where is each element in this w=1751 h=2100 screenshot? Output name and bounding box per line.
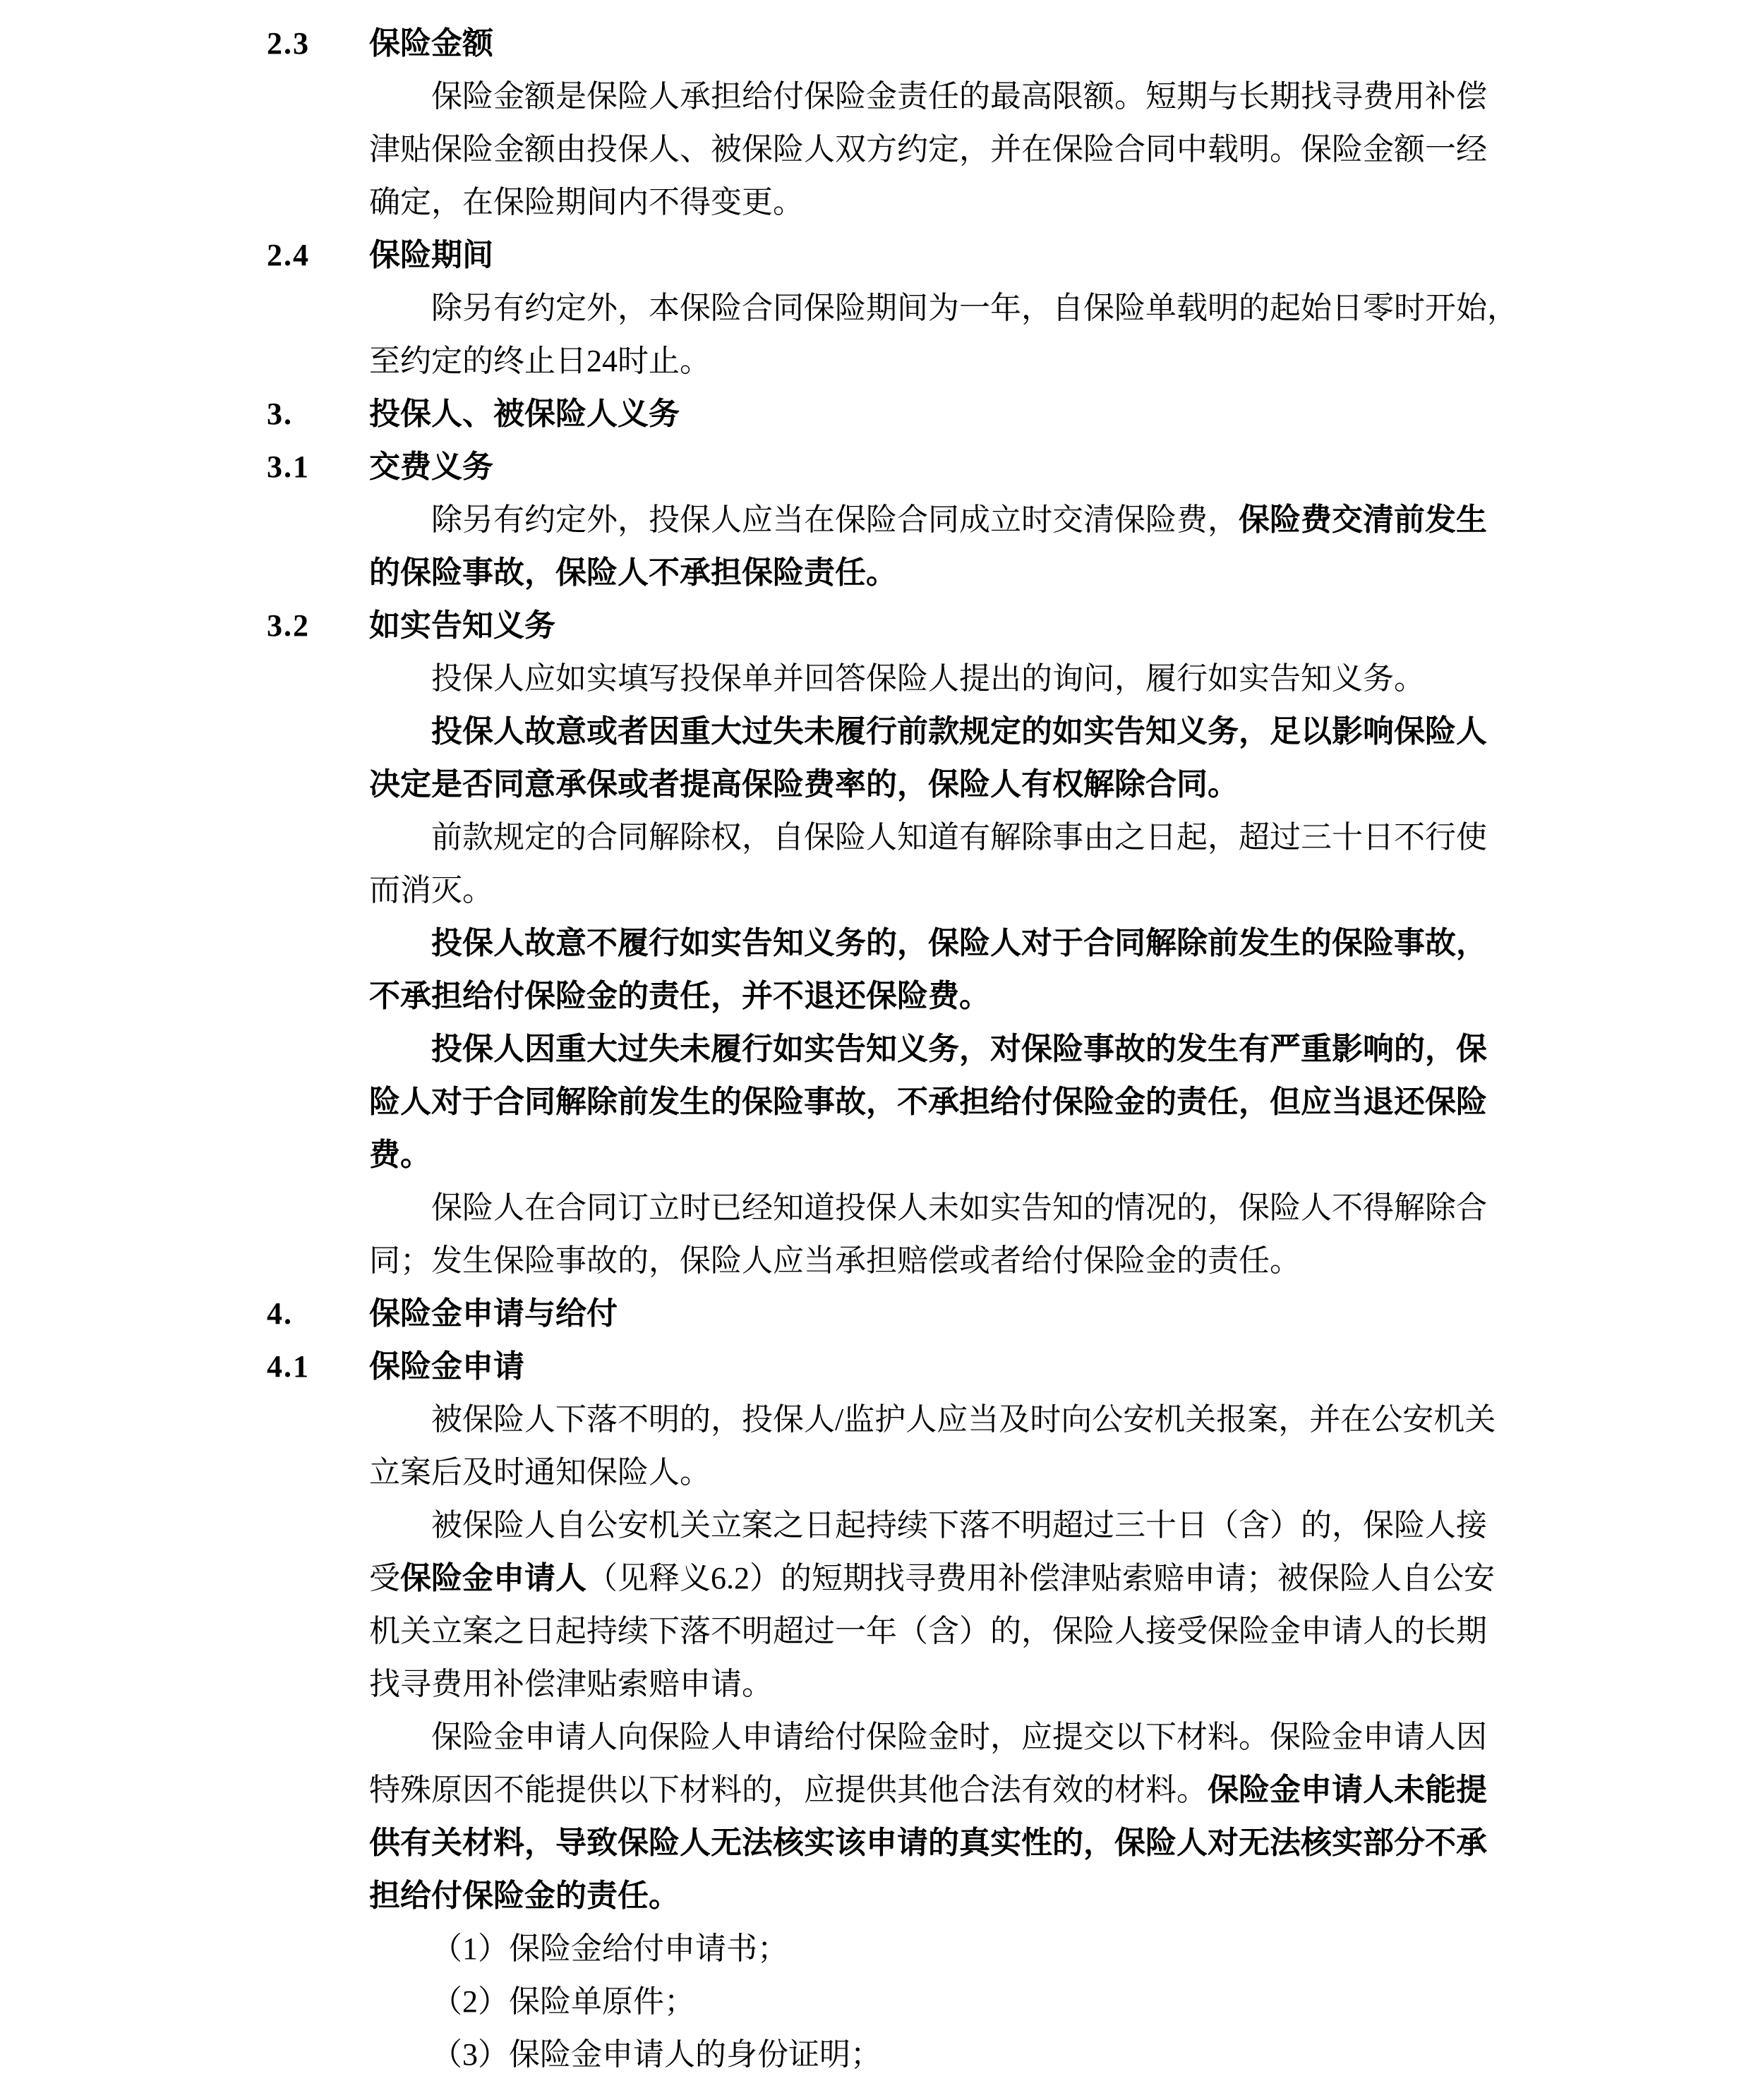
heading-title: 保险金额 — [369, 26, 493, 61]
heading-number: 2.4 — [267, 229, 310, 282]
text-run: 至约定的终止日24时止。 — [369, 344, 711, 378]
text-line: 不承担给付保险金的责任，并不退还保险费。 — [0, 970, 1751, 1022]
text-run: 除另有约定外，投保人应当在保险合同成立时交清保险费， — [431, 502, 1239, 537]
text-run: 投保人应如实填写投保单并回答保险人提出的询问，履行如实告知义务。 — [431, 661, 1425, 696]
text-line: 决定是否同意承保或者提高保险费率的，保险人有权解除合同。 — [0, 758, 1751, 811]
text-line: 至约定的终止日24时止。 — [0, 334, 1751, 387]
text-run: 保险金申请人 — [400, 1561, 586, 1595]
text-line: 担给付保险金的责任。 — [0, 1869, 1751, 1922]
text-run: 保险金申请人未能提 — [1208, 1773, 1487, 1807]
text-line: （3）保险金申请人的身份证明； — [0, 2028, 1751, 2081]
heading-title: 保险期间 — [369, 238, 493, 272]
text-line: 受保险金申请人（见释义6.2）的短期找寻费用补偿津贴索赔申请；被保险人自公安 — [0, 1552, 1751, 1605]
text-run: （见释义6.2）的短期找寻费用补偿津贴索赔申请；被保险人自公安 — [586, 1561, 1495, 1595]
text-line: 的保险事故，保险人不承担保险责任。 — [0, 546, 1751, 599]
text-run: 投保人因重大过失未履行如实告知义务，对保险事故的发生有严重影响的，保 — [431, 1032, 1487, 1066]
text-run: 特殊原因不能提供以下材料的，应提供其他合法有效的材料。 — [369, 1773, 1208, 1807]
heading-number: 2.3 — [267, 17, 310, 70]
text-line: 投保人应如实填写投保单并回答保险人提出的询问，履行如实告知义务。 — [0, 652, 1751, 705]
text-run: （1）保险金给付申请书； — [431, 1931, 788, 1966]
section-heading: 2.3保险金额 — [0, 17, 1751, 70]
text-line: 除另有约定外，投保人应当在保险合同成立时交清保险费，保险费交清前发生 — [0, 493, 1751, 546]
text-line: 投保人故意不履行如实告知义务的，保险人对于合同解除前发生的保险事故， — [0, 917, 1751, 970]
text-run: 保险费交清前发生 — [1239, 502, 1487, 537]
text-run: 险人对于合同解除前发生的保险事故，不承担给付保险金的责任，但应当退还保险 — [369, 1085, 1487, 1119]
text-run: 确定，在保险期间内不得变更。 — [369, 185, 804, 219]
section-heading: 3.2如实告知义务 — [0, 599, 1751, 652]
text-line: 特殊原因不能提供以下材料的，应提供其他合法有效的材料。保险金申请人未能提 — [0, 1763, 1751, 1816]
heading-title: 交费义务 — [369, 449, 493, 484]
text-run: 除另有约定外，本保险合同保险期间为一年，自保险单载明的起始日零时开始， — [431, 291, 1518, 325]
text-run: 投保人故意或者因重大过失未履行前款规定的如实告知义务，足以影响保险人 — [431, 714, 1487, 749]
text-run: 受 — [369, 1561, 400, 1595]
text-run: 找寻费用补偿津贴索赔申请。 — [369, 1667, 773, 1701]
heading-number: 3.2 — [267, 599, 310, 652]
section-heading: 4.保险金申请与给付 — [0, 1287, 1751, 1340]
text-line: 立案后及时通知保险人。 — [0, 1446, 1751, 1499]
section-heading: 3.1交费义务 — [0, 440, 1751, 493]
heading-title: 投保人、被保险人义务 — [369, 397, 680, 431]
text-run: 担给付保险金的责任。 — [369, 1878, 680, 1913]
text-run: 被保险人自公安机关立案之日起持续下落不明超过三十日（含）的，保险人接 — [431, 1508, 1487, 1543]
heading-number: 3.1 — [267, 440, 310, 493]
text-line: 投保人因重大过失未履行如实告知义务，对保险事故的发生有严重影响的，保 — [0, 1022, 1751, 1075]
text-run: 供有关材料，导致保险人无法核实该申请的真实性的，保险人对无法核实部分不承 — [369, 1826, 1487, 1860]
text-line: 而消灭。 — [0, 864, 1751, 917]
section-heading: 2.4保险期间 — [0, 229, 1751, 282]
heading-title: 如实告知义务 — [369, 608, 555, 643]
content: 2.3保险金额保险金额是保险人承担给付保险金责任的最高限额。短期与长期找寻费用补… — [0, 17, 1751, 2081]
text-line: 保险金申请人向保险人申请给付保险金时，应提交以下材料。保险金申请人因 — [0, 1710, 1751, 1763]
text-line: 被保险人下落不明的，投保人/监护人应当及时向公安机关报案，并在公安机关 — [0, 1393, 1751, 1446]
text-run: 的保险事故，保险人不承担保险责任。 — [369, 555, 897, 590]
text-line: 保险人在合同订立时已经知道投保人未如实告知的情况的，保险人不得解除合 — [0, 1181, 1751, 1234]
text-line: （1）保险金给付申请书； — [0, 1922, 1751, 1975]
text-run: 保险人在合同订立时已经知道投保人未如实告知的情况的，保险人不得解除合 — [431, 1190, 1487, 1225]
section-heading: 3.投保人、被保险人义务 — [0, 387, 1751, 440]
text-run: 前款规定的合同解除权，自保险人知道有解除事由之日起，超过三十日不行使 — [431, 820, 1487, 855]
text-line: 机关立案之日起持续下落不明超过一年（含）的，保险人接受保险金申请人的长期 — [0, 1605, 1751, 1658]
text-run: 费。 — [369, 1137, 431, 1172]
text-line: 供有关材料，导致保险人无法核实该申请的真实性的，保险人对无法核实部分不承 — [0, 1816, 1751, 1869]
text-line: 确定，在保险期间内不得变更。 — [0, 176, 1751, 229]
heading-number: 3. — [267, 387, 293, 440]
text-line: 找寻费用补偿津贴索赔申请。 — [0, 1658, 1751, 1710]
text-run: 同；发生保险事故的，保险人应当承担赔偿或者给付保险金的责任。 — [369, 1243, 1301, 1278]
text-line: 保险金额是保险人承担给付保险金责任的最高限额。短期与长期找寻费用补偿 — [0, 70, 1751, 123]
text-run: 投保人故意不履行如实告知义务的，保险人对于合同解除前发生的保险事故， — [431, 926, 1487, 960]
text-line: 前款规定的合同解除权，自保险人知道有解除事由之日起，超过三十日不行使 — [0, 811, 1751, 864]
heading-number: 4.1 — [267, 1340, 310, 1393]
text-run: 保险金额是保险人承担给付保险金责任的最高限额。短期与长期找寻费用补偿 — [431, 79, 1487, 114]
document-page: 2.3保险金额保险金额是保险人承担给付保险金责任的最高限额。短期与长期找寻费用补… — [0, 0, 1751, 2100]
heading-title: 保险金申请与给付 — [369, 1296, 618, 1331]
text-run: 不承担给付保险金的责任，并不退还保险费。 — [369, 979, 990, 1013]
text-run: 立案后及时通知保险人。 — [369, 1455, 711, 1490]
text-run: 决定是否同意承保或者提高保险费率的，保险人有权解除合同。 — [369, 767, 1239, 802]
text-run: 而消灭。 — [369, 873, 493, 907]
text-run: （3）保险金申请人的身份证明； — [431, 2037, 881, 2072]
text-run: 津贴保险金额由投保人、被保险人双方约定，并在保险合同中载明。保险金额一经 — [369, 132, 1487, 167]
text-run: 被保险人下落不明的，投保人/监护人应当及时向公安机关报案，并在公安机关 — [431, 1402, 1496, 1437]
text-run: 机关立案之日起持续下落不明超过一年（含）的，保险人接受保险金申请人的长期 — [369, 1614, 1487, 1648]
text-line: 同；发生保险事故的，保险人应当承担赔偿或者给付保险金的责任。 — [0, 1234, 1751, 1287]
heading-number: 4. — [267, 1287, 293, 1340]
heading-title: 保险金申请 — [369, 1349, 524, 1384]
text-run: 保险金申请人向保险人申请给付保险金时，应提交以下材料。保险金申请人因 — [431, 1720, 1487, 1754]
text-line: 除另有约定外，本保险合同保险期间为一年，自保险单载明的起始日零时开始， — [0, 282, 1751, 334]
text-line: 费。 — [0, 1128, 1751, 1181]
section-heading: 4.1保险金申请 — [0, 1340, 1751, 1393]
text-run: （2）保险单原件； — [431, 1984, 695, 2019]
text-line: 被保险人自公安机关立案之日起持续下落不明超过三十日（含）的，保险人接 — [0, 1499, 1751, 1552]
text-line: 险人对于合同解除前发生的保险事故，不承担给付保险金的责任，但应当退还保险 — [0, 1075, 1751, 1128]
text-line: 投保人故意或者因重大过失未履行前款规定的如实告知义务，足以影响保险人 — [0, 705, 1751, 758]
text-line: （2）保险单原件； — [0, 1975, 1751, 2028]
text-line: 津贴保险金额由投保人、被保险人双方约定，并在保险合同中载明。保险金额一经 — [0, 123, 1751, 176]
